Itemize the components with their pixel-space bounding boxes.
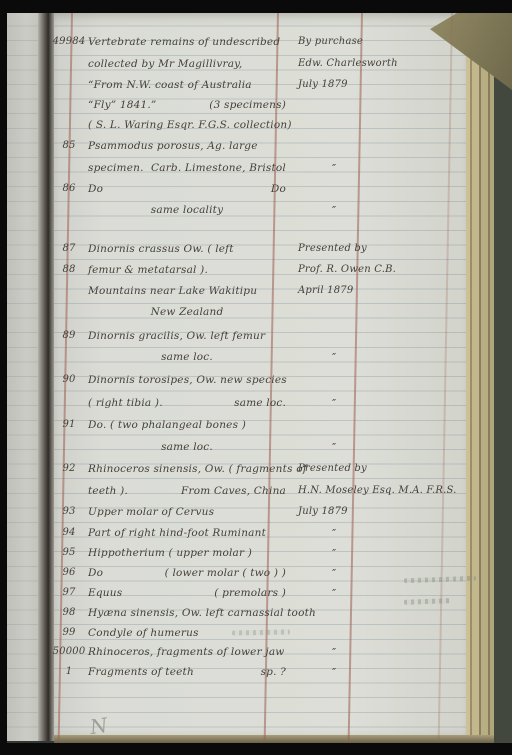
entry-number: 99 <box>50 627 88 638</box>
register-line: collected by Mr Magillivray,Edw. Charles… <box>50 58 458 78</box>
ditto-mark: ″ <box>296 666 336 679</box>
entry-acquisition: July 1879 <box>296 79 348 90</box>
ditto-mark: ″ <box>296 162 336 175</box>
entry-description: collected by Mr Magillivray, <box>88 58 296 70</box>
ditto-mark: ″ <box>296 567 336 580</box>
register-line: 93Upper molar of CervusJuly 1879 <box>50 506 458 526</box>
register-line: New Zealand <box>50 306 458 326</box>
entry-description: DoDo <box>88 183 296 195</box>
entry-number: 92 <box>50 463 88 474</box>
entry-description: “Fly” 1841.”(3 specimens) <box>88 99 296 111</box>
register-line: 91Do. ( two phalangeal bones ) <box>50 419 458 439</box>
entry-description: Hippotherium ( upper molar ) <box>88 547 296 559</box>
register-line: 95Hippotherium ( upper molar )″ <box>50 547 458 567</box>
register-line: 86DoDo <box>50 183 458 203</box>
register-entries: 49984Vertebrate remains of undescribedBy… <box>0 0 512 755</box>
register-line: ( right tibia ).same loc.″ <box>50 397 458 417</box>
entry-description-note: ( premolars ) <box>214 587 286 599</box>
entry-description-note: sp. ? <box>261 666 286 678</box>
register-line: 89Dinornis gracilis, Ow. left femur <box>50 330 458 350</box>
register-line: 85Psammodus porosus, Ag. large <box>50 140 458 160</box>
entry-description-note: From Caves, China <box>181 485 286 497</box>
register-line: 1Fragments of teethsp. ?″ <box>50 666 458 686</box>
entry-acquisition: July 1879 <box>296 506 348 517</box>
entry-number: 97 <box>50 587 88 598</box>
register-line: specimen.Carb. Limestone, Bristol″ <box>50 162 458 182</box>
register-line: 96Do( lower molar ( two ) )″ <box>50 567 458 587</box>
register-line: 90Dinornis torosipes, Ow. new species <box>50 374 458 394</box>
register-line: “From N.W. coast of AustraliaJuly 1879 <box>50 79 458 99</box>
ditto-mark: ″ <box>296 441 336 454</box>
entry-description: same loc. <box>88 441 296 453</box>
entry-description: New Zealand <box>88 306 296 318</box>
entry-description: same loc. <box>88 351 296 363</box>
ditto-mark: ″ <box>296 204 336 217</box>
entry-description-note: Do <box>271 183 286 195</box>
entry-number: 50000 <box>50 646 88 657</box>
ditto-mark: ″ <box>296 527 336 540</box>
entry-description: Vertebrate remains of undescribed <box>88 36 296 48</box>
entry-acquisition: By purchase <box>296 36 363 47</box>
pencil-corner-mark: N <box>88 713 109 739</box>
entry-acquisition: Prof. R. Owen C.B. <box>296 264 396 275</box>
entry-description: Part of right hind-foot Ruminant <box>88 527 296 539</box>
register-line: same locality″ <box>50 204 458 224</box>
entry-description: Dinornis crassus Ow. ( left <box>88 243 296 255</box>
entry-description: Do( lower molar ( two ) ) <box>88 567 296 579</box>
register-line: 98Hyæna sinensis, Ow. left carnassial to… <box>50 607 458 627</box>
entry-description: Equus( premolars ) <box>88 587 296 599</box>
photo-border-top <box>0 0 512 13</box>
entry-description: Upper molar of Cervus <box>88 506 296 518</box>
entry-description: Hyæna sinensis, Ow. left carnassial toot… <box>88 607 296 619</box>
register-line: 92Rhinoceros sinensis, Ow. ( fragments o… <box>50 463 458 483</box>
entry-description-note: ( lower molar ( two ) ) <box>165 567 286 579</box>
entry-number: 87 <box>50 243 88 254</box>
register-line: “Fly” 1841.”(3 specimens) <box>50 99 458 119</box>
pencil-annotation <box>232 629 290 635</box>
entry-description-note: Carb. Limestone, Bristol <box>151 162 286 174</box>
entry-number: 85 <box>50 140 88 151</box>
entry-description: teeth ).From Caves, China <box>88 485 296 497</box>
register-line: same loc.″ <box>50 441 458 461</box>
entry-number: 88 <box>50 264 88 275</box>
entry-description: Fragments of teethsp. ? <box>88 666 296 678</box>
photo-border-bottom <box>0 743 512 755</box>
entry-description: Dinornis gracilis, Ow. left femur <box>88 330 296 342</box>
entry-acquisition: H.N. Moseley Esq. M.A. F.R.S. <box>296 485 457 496</box>
register-line: 87Dinornis crassus Ow. ( leftPresented b… <box>50 243 458 263</box>
entry-description: Mountains near Lake Wakitipu <box>88 285 296 297</box>
entry-acquisition: Edw. Charlesworth <box>296 58 398 69</box>
entry-number: 1 <box>50 666 88 677</box>
entry-description-note: (3 specimens) <box>209 99 286 111</box>
entry-number: 86 <box>50 183 88 194</box>
ditto-mark: ″ <box>296 547 336 560</box>
entry-description: ( S. L. Waring Esqr. F.G.S. collection) <box>88 119 296 131</box>
entry-description: Rhinoceros sinensis, Ow. ( fragments of <box>88 463 296 475</box>
register-line: ( S. L. Waring Esqr. F.G.S. collection) <box>50 119 458 139</box>
register-line: 94Part of right hind-foot Ruminant″ <box>50 527 458 547</box>
entry-description: same locality <box>88 204 296 216</box>
register-line: 49984Vertebrate remains of undescribedBy… <box>50 36 458 56</box>
entry-number: 98 <box>50 607 88 618</box>
entry-description-note: same loc. <box>234 397 286 409</box>
entry-number: 95 <box>50 547 88 558</box>
entry-number: 91 <box>50 419 88 430</box>
register-line: 88femur & metatarsal ).Prof. R. Owen C.B… <box>50 264 458 284</box>
register-line: same loc.″ <box>50 351 458 371</box>
register-line: 50000Rhinoceros, fragments of lower jaw″ <box>50 646 458 666</box>
entry-acquisition: Presented by <box>296 243 367 254</box>
entry-number: 90 <box>50 374 88 385</box>
ditto-mark: ″ <box>296 397 336 410</box>
ditto-mark: ″ <box>296 351 336 364</box>
entry-description: specimen.Carb. Limestone, Bristol <box>88 162 296 174</box>
photo-border-left <box>0 0 7 755</box>
register-line: teeth ).From Caves, ChinaH.N. Moseley Es… <box>50 485 458 505</box>
entry-description: ( right tibia ).same loc. <box>88 397 296 409</box>
ditto-mark: ″ <box>296 587 336 600</box>
ditto-mark: ″ <box>296 646 336 659</box>
register-line: Mountains near Lake WakitipuApril 1879 <box>50 285 458 305</box>
entry-number: 89 <box>50 330 88 341</box>
entry-number: 93 <box>50 506 88 517</box>
entry-description: Do. ( two phalangeal bones ) <box>88 419 296 431</box>
entry-number: 96 <box>50 567 88 578</box>
book-photo: 49984Vertebrate remains of undescribedBy… <box>0 0 512 755</box>
entry-acquisition: Presented by <box>296 463 367 474</box>
entry-description: “From N.W. coast of Australia <box>88 79 296 91</box>
entry-number: 49984 <box>50 36 88 47</box>
register-line: 97Equus( premolars )″ <box>50 587 458 607</box>
entry-description: femur & metatarsal ). <box>88 264 296 276</box>
entry-acquisition: April 1879 <box>296 285 353 296</box>
entry-description: Dinornis torosipes, Ow. new species <box>88 374 296 386</box>
entry-description: Rhinoceros, fragments of lower jaw <box>88 646 296 658</box>
entry-number: 94 <box>50 527 88 538</box>
entry-description: Psammodus porosus, Ag. large <box>88 140 296 152</box>
